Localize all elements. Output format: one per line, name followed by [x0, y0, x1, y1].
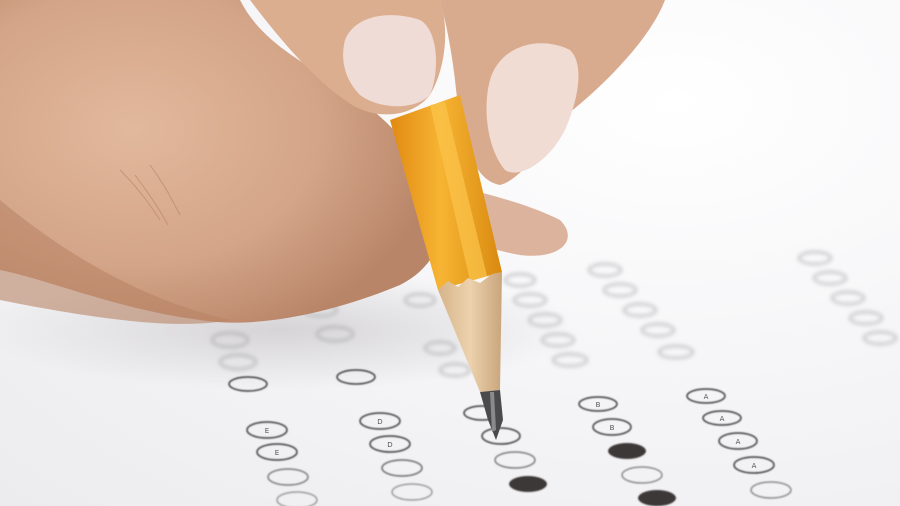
- svg-text:E: E: [275, 449, 279, 457]
- svg-text:B: B: [596, 401, 601, 409]
- svg-text:E: E: [265, 427, 269, 435]
- photo-scene: Close-up photo of a hand holding a yello…: [0, 0, 900, 506]
- svg-text:A: A: [736, 438, 741, 446]
- photo-illustration: EE DD BB AA AA: [0, 0, 900, 506]
- svg-text:A: A: [752, 462, 757, 470]
- hand: [0, 0, 665, 324]
- bubble-letters: EE DD BB AA AA: [265, 393, 757, 470]
- svg-text:D: D: [377, 418, 382, 426]
- index-fingernail: [486, 43, 578, 172]
- svg-text:D: D: [387, 441, 392, 449]
- svg-text:A: A: [704, 393, 709, 401]
- svg-text:A: A: [720, 415, 725, 423]
- svg-text:B: B: [610, 424, 615, 432]
- filled-bubbles: [509, 443, 676, 506]
